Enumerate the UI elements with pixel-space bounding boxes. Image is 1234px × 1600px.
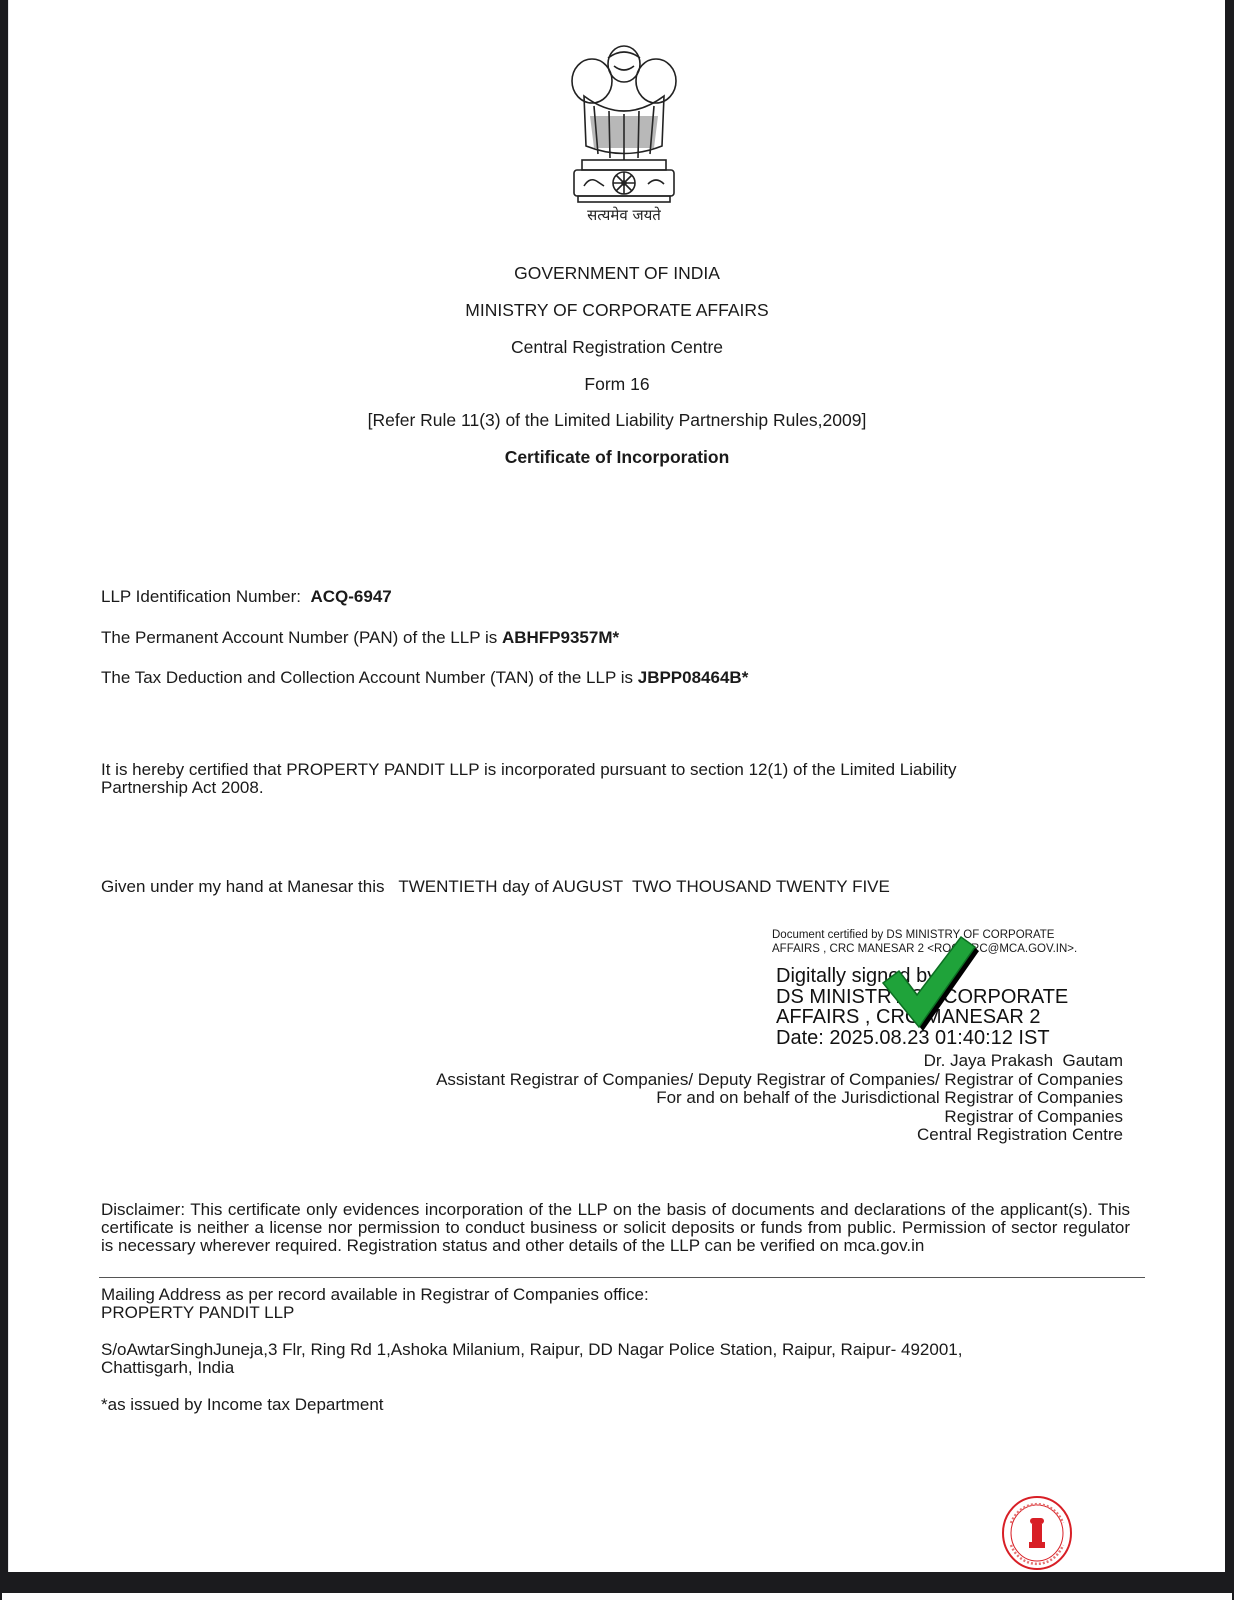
given-under-hand: Given under my hand at Manesar this TWEN… bbox=[101, 877, 890, 897]
pan-line: The Permanent Account Number (PAN) of th… bbox=[101, 628, 619, 648]
given-date-words: TWENTIETH day of AUGUST TWO THOUSAND TWE… bbox=[398, 877, 890, 896]
mailing-label: Mailing Address as per record available … bbox=[101, 1285, 649, 1305]
mailing-address-line-1: S/oAwtarSinghJuneja,3 Flr, Ring Rd 1,Ash… bbox=[101, 1340, 962, 1360]
pan-value: ABHFP9357M* bbox=[502, 628, 619, 647]
divider bbox=[99, 1277, 1145, 1278]
signatory-behalf: For and on behalf of the Jurisdictional … bbox=[436, 1089, 1123, 1108]
certificate-title: Certificate of Incorporation bbox=[9, 447, 1225, 468]
given-prefix: Given under my hand at Manesar this bbox=[101, 877, 384, 896]
disclaimer-text: Disclaimer: This certificate only eviden… bbox=[101, 1201, 1130, 1256]
signatory-name: Dr. Jaya Prakash Gautam bbox=[436, 1052, 1123, 1071]
signatory-centre: Central Registration Centre bbox=[436, 1126, 1123, 1145]
ministry-seal-icon bbox=[999, 1495, 1075, 1571]
mailing-llp-name: PROPERTY PANDIT LLP bbox=[101, 1303, 294, 1323]
national-emblem-icon: सत्यमेव जयते bbox=[564, 36, 684, 226]
header-registration-centre: Central Registration Centre bbox=[9, 337, 1225, 358]
llpin-label: LLP Identification Number: bbox=[101, 587, 301, 606]
llpin-value: ACQ-6947 bbox=[310, 587, 391, 606]
pan-label: The Permanent Account Number (PAN) of th… bbox=[101, 628, 497, 647]
header-form-number: Form 16 bbox=[9, 374, 1225, 395]
certification-line-2: Partnership Act 2008. bbox=[101, 778, 264, 798]
next-page-edge bbox=[2, 1593, 1232, 1600]
certificate-page: सत्यमेव जयते GOVERNMENT OF INDIA MINISTR… bbox=[8, 0, 1225, 1572]
signature-valid-check-icon bbox=[879, 935, 979, 1035]
svg-text:सत्यमेव जयते: सत्यमेव जयते bbox=[587, 206, 661, 224]
header-government: GOVERNMENT OF INDIA bbox=[9, 263, 1225, 284]
tan-label: The Tax Deduction and Collection Account… bbox=[101, 668, 633, 687]
signatory-block: Dr. Jaya Prakash Gautam Assistant Regist… bbox=[436, 1052, 1123, 1145]
tan-value: JBPP08464B* bbox=[638, 668, 749, 687]
header-ministry: MINISTRY OF CORPORATE AFFAIRS bbox=[9, 300, 1225, 321]
mailing-address-line-2: Chattisgarh, India bbox=[101, 1358, 234, 1378]
signatory-office: Registrar of Companies bbox=[436, 1108, 1123, 1127]
header-rule-reference: [Refer Rule 11(3) of the Limited Liabili… bbox=[9, 410, 1225, 431]
tan-line: The Tax Deduction and Collection Account… bbox=[101, 668, 748, 688]
signatory-designation: Assistant Registrar of Companies/ Deputy… bbox=[436, 1071, 1123, 1090]
certification-line-1: It is hereby certified that PROPERTY PAN… bbox=[101, 760, 956, 780]
llpin-line: LLP Identification Number: ACQ-6947 bbox=[101, 587, 392, 607]
footnote: *as issued by Income tax Department bbox=[101, 1395, 384, 1415]
